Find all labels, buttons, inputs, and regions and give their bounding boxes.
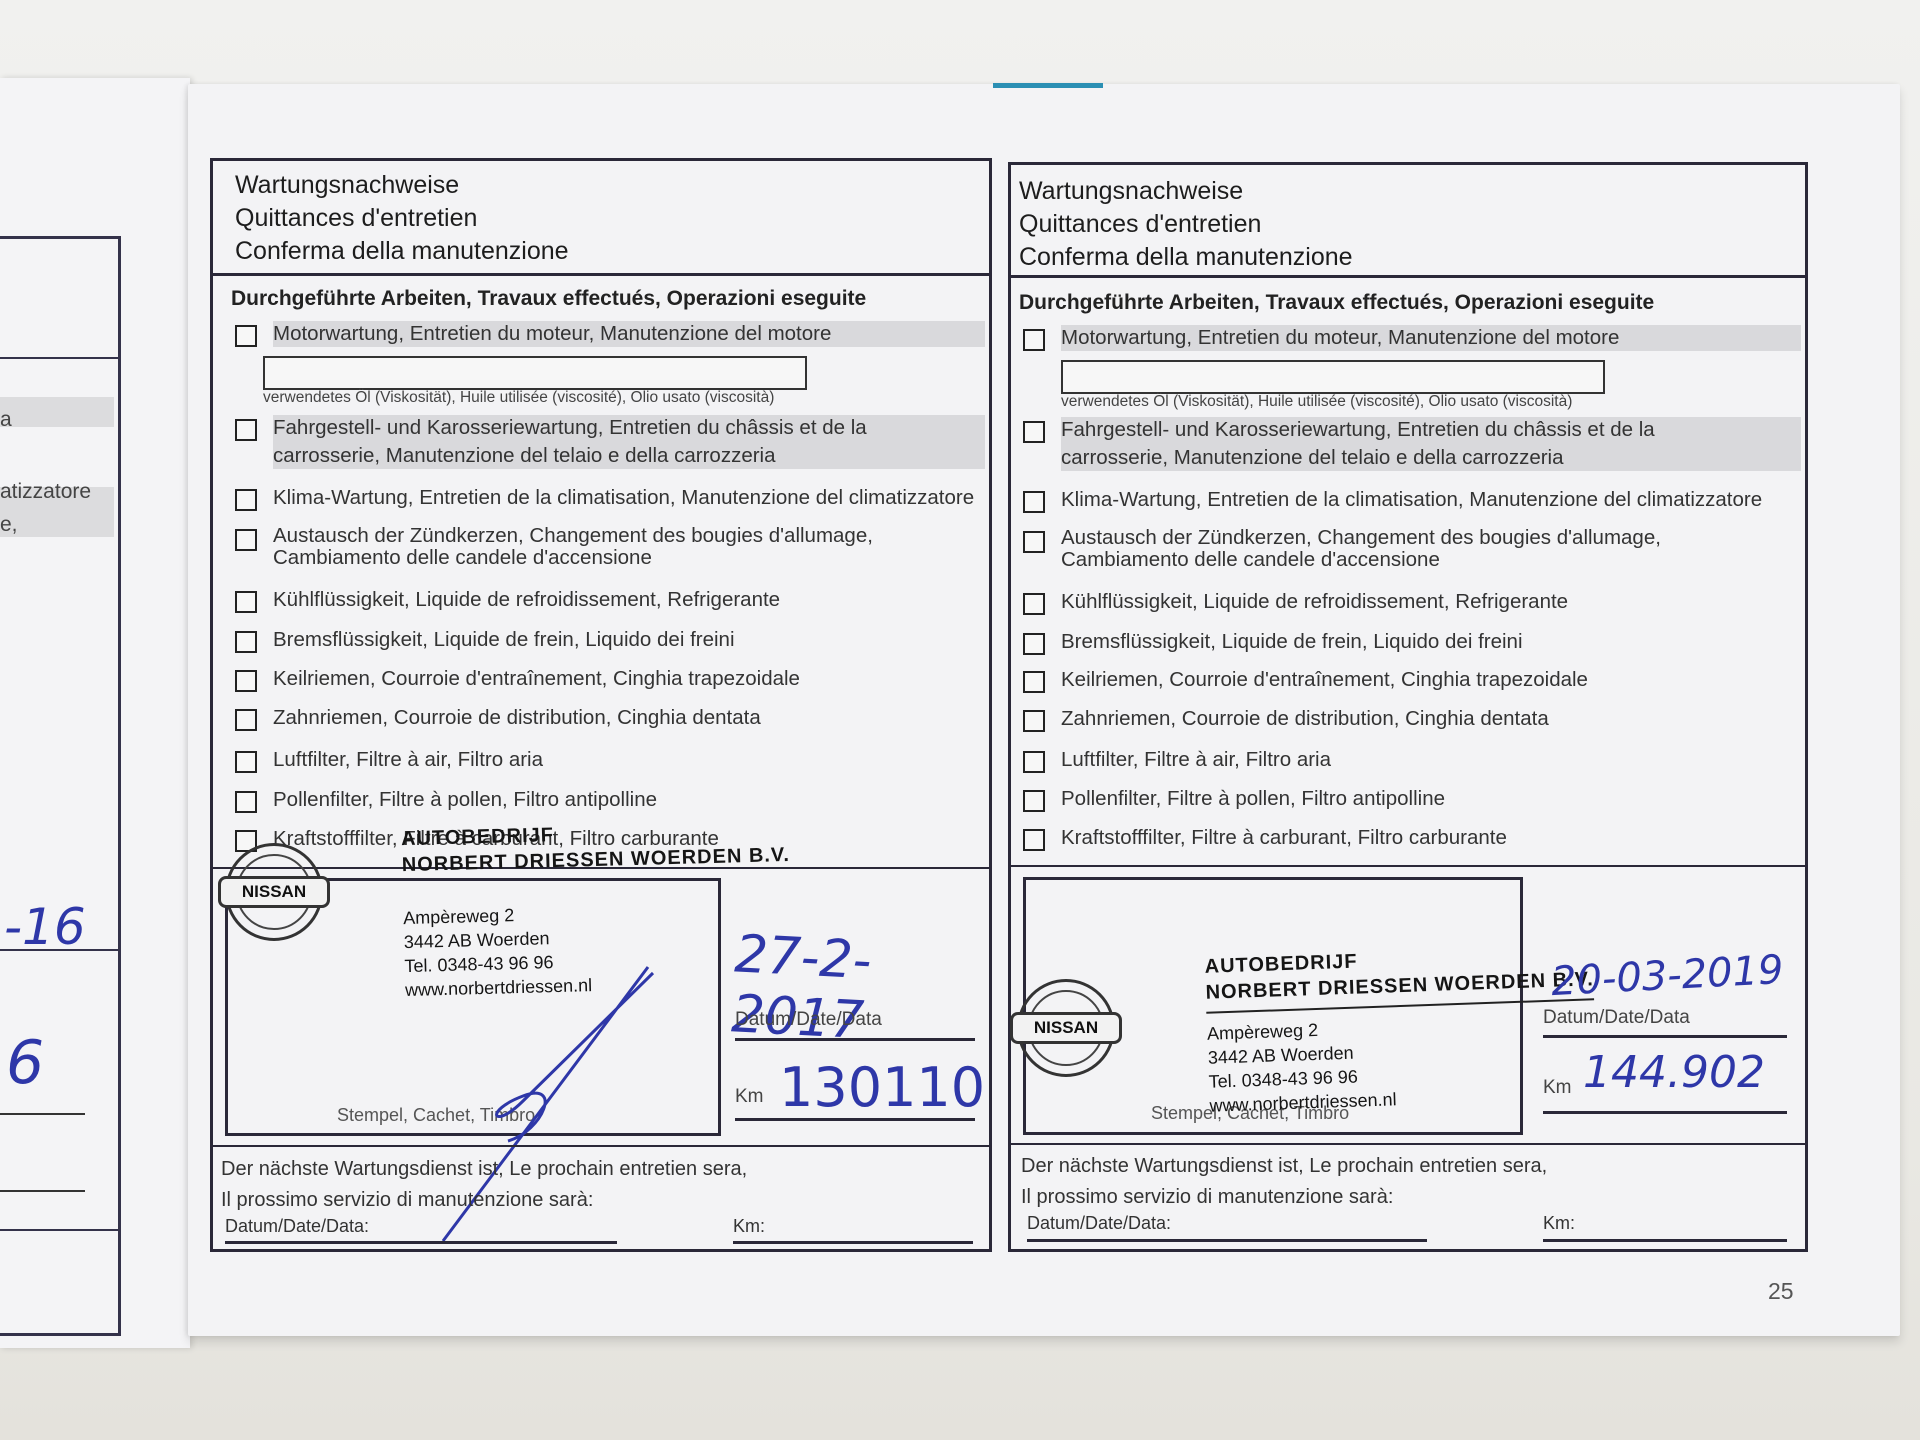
checkbox-item-timing-belt[interactable]: Zahnriemen, Courroie de distribution, Ci… (235, 705, 761, 731)
checkbox[interactable] (235, 325, 257, 347)
checkbox-label: Austausch der Zündkerzen, Changement des… (1061, 527, 1661, 549)
checkbox[interactable] (235, 670, 257, 692)
checkbox-item-brake-fluid[interactable]: Bremsflüssigkeit, Liquide de frein, Liqu… (235, 627, 735, 653)
checkbox-label: Kraftstofffilter, Filtre à carburant, Fi… (1061, 825, 1507, 851)
oil-viscosity-caption: verwendetes Öl (Viskosität), Huile utili… (1061, 393, 1572, 411)
checkbox-item-air-conditioning[interactable]: Klima-Wartung, Entretien de la climatisa… (1023, 487, 1762, 513)
form-title-line: Quittances d'entretien (1019, 208, 1353, 241)
section-heading: Durchgeführte Arbeiten, Travaux effectué… (231, 287, 866, 311)
bookmark-ribbon (993, 83, 1103, 88)
next-service-date-label: Datum/Date/Data: (1027, 1213, 1171, 1234)
left-page-form-fragment (0, 236, 121, 1336)
checkbox[interactable] (235, 591, 257, 613)
checkbox-label: Kühlflüssigkeit, Liquide de refroidissem… (273, 587, 780, 613)
checkbox[interactable] (1023, 751, 1045, 773)
nissan-logo-icon: NISSAN (1017, 979, 1115, 1077)
checkbox-item-pollen-filter[interactable]: Pollenfilter, Filtre à pollen, Filtro an… (1023, 786, 1445, 812)
checkbox-label: Pollenfilter, Filtre à pollen, Filtro an… (1061, 786, 1445, 812)
form-title-line: Conferma della manutenzione (235, 235, 569, 268)
checkbox-label: Klima-Wartung, Entretien de la climatisa… (1061, 487, 1762, 513)
checkbox-label: Klima-Wartung, Entretien de la climatisa… (273, 485, 974, 511)
page-number: 25 (1768, 1278, 1794, 1305)
checkbox-item-engine-service[interactable]: Motorwartung, Entretien du moteur, Manut… (235, 321, 985, 347)
checkbox[interactable] (235, 709, 257, 731)
form-title: Wartungsnachweise Quittances d'entretien… (213, 161, 989, 276)
checkbox-label: Kühlflüssigkeit, Liquide de refroidissem… (1061, 589, 1568, 615)
next-service-text: Der nächste Wartungsdienst ist, Le proch… (1021, 1151, 1547, 1181)
next-service-date-field[interactable] (225, 1241, 617, 1244)
checkbox-label: Keilriemen, Courroie d'entraînement, Cin… (1061, 667, 1588, 693)
next-service-text: Il prossimo servizio di manutenzione sar… (221, 1185, 593, 1215)
left-page-text-fragment: atizzatore (0, 480, 91, 504)
section-divider (1011, 1143, 1805, 1145)
checkbox-label: Zahnriemen, Courroie de distribution, Ci… (1061, 706, 1549, 732)
checkbox[interactable] (1023, 710, 1045, 732)
form-title-line: Wartungsnachweise (1019, 175, 1353, 208)
form-title-line: Conferma della manutenzione (1019, 241, 1353, 274)
checkbox-item-air-filter[interactable]: Luftfilter, Filtre à air, Filtro aria (235, 747, 543, 773)
checkbox-label: Austausch der Zündkerzen, Changement des… (273, 525, 873, 547)
checkbox-item-coolant[interactable]: Kühlflüssigkeit, Liquide de refroidissem… (235, 587, 780, 613)
service-date-label: Datum/Date/Data (1543, 1007, 1690, 1029)
next-service-date-label: Datum/Date/Data: (225, 1216, 369, 1237)
checkbox[interactable] (1023, 593, 1045, 615)
form-title-line: Wartungsnachweise (235, 169, 569, 202)
next-service-km-label: Km: (733, 1216, 765, 1237)
checkbox-label: Fahrgestell- und Karosseriewartung, Entr… (1061, 417, 1801, 443)
checkbox-label: Motorwartung, Entretien du moteur, Manut… (273, 321, 985, 347)
checkbox[interactable] (1023, 491, 1045, 513)
section-heading: Durchgeführte Arbeiten, Travaux effectué… (1019, 291, 1654, 315)
checkbox-label-line2: carrosserie, Manutenzione del telaio e d… (1061, 445, 1801, 471)
service-km-label: Km (1543, 1077, 1572, 1099)
dealer-stamp: AUTOBEDRIJF NORBERT DRIESSEN WOERDEN B.V… (1204, 940, 1598, 1117)
next-service-km-field[interactable] (1543, 1239, 1787, 1242)
checkbox-item-spark-plugs[interactable]: Austausch der Zündkerzen, Changement des… (235, 525, 873, 569)
checkbox-label-line2: Cambiamento delle candele d'accensione (273, 547, 873, 569)
checkbox[interactable] (235, 489, 257, 511)
checkbox-label: Bremsflüssigkeit, Liquide de frein, Liqu… (273, 627, 735, 653)
checkbox[interactable] (1023, 790, 1045, 812)
service-km-value[interactable]: 130110 (779, 1056, 985, 1119)
checkbox-item-timing-belt[interactable]: Zahnriemen, Courroie de distribution, Ci… (1023, 706, 1549, 732)
next-service-date-field[interactable] (1027, 1239, 1427, 1242)
checkbox-label: Pollenfilter, Filtre à pollen, Filtro an… (273, 787, 657, 813)
left-page-text-fragment: e, (0, 513, 18, 537)
checkbox[interactable] (235, 529, 257, 551)
next-service-km-field[interactable] (733, 1241, 973, 1244)
checkbox[interactable] (235, 631, 257, 653)
left-page-handwriting: -16 (4, 898, 86, 956)
checkbox-item-air-conditioning[interactable]: Klima-Wartung, Entretien de la climatisa… (235, 485, 974, 511)
checkbox-item-chassis-body-service[interactable]: Fahrgestell- und Karosseriewartung, Entr… (1023, 417, 1801, 471)
checkbox[interactable] (1023, 829, 1045, 851)
checkbox[interactable] (1023, 329, 1045, 351)
checkbox-label: Bremsflüssigkeit, Liquide de frein, Liqu… (1061, 629, 1523, 655)
checkbox-item-coolant[interactable]: Kühlflüssigkeit, Liquide de refroidissem… (1023, 589, 1568, 615)
left-page-line (0, 1113, 85, 1115)
section-divider (213, 1145, 989, 1147)
service-km-line (1543, 1111, 1787, 1114)
checkbox-item-drive-belt[interactable]: Keilriemen, Courroie d'entraînement, Cin… (235, 666, 800, 692)
checkbox-label-line2: Cambiamento delle candele d'accensione (1061, 549, 1661, 571)
checkbox-label: Zahnriemen, Courroie de distribution, Ci… (273, 705, 761, 731)
checkbox-item-chassis-body-service[interactable]: Fahrgestell- und Karosseriewartung, Entr… (235, 415, 985, 469)
checkbox-label-line2: carrosserie, Manutenzione del telaio e d… (273, 443, 985, 469)
form-title-line: Quittances d'entretien (235, 202, 569, 235)
service-km-value[interactable]: 144.902 (1583, 1047, 1765, 1098)
maintenance-record-form: Wartungsnachweise Quittances d'entretien… (210, 158, 992, 1252)
checkbox-item-pollen-filter[interactable]: Pollenfilter, Filtre à pollen, Filtro an… (235, 787, 657, 813)
checkbox-item-air-filter[interactable]: Luftfilter, Filtre à air, Filtro aria (1023, 747, 1331, 773)
checkbox-item-brake-fluid[interactable]: Bremsflüssigkeit, Liquide de frein, Liqu… (1023, 629, 1523, 655)
checkbox[interactable] (1023, 671, 1045, 693)
checkbox-label: Luftfilter, Filtre à air, Filtro aria (273, 747, 543, 773)
checkbox-label: Motorwartung, Entretien du moteur, Manut… (1061, 325, 1801, 351)
left-page: a atizzatore e, -16 6 (0, 78, 190, 1348)
oil-viscosity-input[interactable] (1061, 360, 1605, 394)
checkbox[interactable] (1023, 531, 1045, 553)
next-service-km-label: Km: (1543, 1213, 1575, 1234)
next-service-text: Il prossimo servizio di manutenzione sar… (1021, 1182, 1393, 1212)
checkbox-item-engine-service[interactable]: Motorwartung, Entretien du moteur, Manut… (1023, 325, 1801, 351)
left-page-line (0, 1190, 85, 1192)
left-page-handwriting: 6 (6, 1028, 44, 1098)
checkbox-item-drive-belt[interactable]: Keilriemen, Courroie d'entraînement, Cin… (1023, 667, 1588, 693)
oil-viscosity-caption: verwendetes Öl (Viskosität), Huile utili… (263, 389, 774, 407)
maintenance-record-form: Wartungsnachweise Quittances d'entretien… (1008, 162, 1808, 1252)
checkbox-label: Keilriemen, Courroie d'entraînement, Cin… (273, 666, 800, 692)
checkbox[interactable] (1023, 633, 1045, 655)
section-divider (1011, 865, 1805, 867)
checkbox[interactable] (1023, 421, 1045, 443)
form-title: Wartungsnachweise Quittances d'entretien… (1011, 165, 1805, 278)
service-date-line (1543, 1035, 1787, 1038)
checkbox[interactable] (235, 419, 257, 441)
next-service-text: Der nächste Wartungsdienst ist, Le proch… (221, 1154, 747, 1184)
checkbox[interactable] (235, 751, 257, 773)
checkbox-label: Luftfilter, Filtre à air, Filtro aria (1061, 747, 1331, 773)
left-page-text-fragment: a (0, 408, 12, 432)
checkbox[interactable] (235, 791, 257, 813)
oil-viscosity-input[interactable] (263, 356, 807, 390)
checkbox-item-fuel-filter[interactable]: Kraftstofffilter, Filtre à carburant, Fi… (1023, 825, 1507, 851)
nissan-logo-icon: NISSAN (225, 843, 323, 941)
checkbox-label: Fahrgestell- und Karosseriewartung, Entr… (273, 415, 985, 441)
checkbox-item-spark-plugs[interactable]: Austausch der Zündkerzen, Changement des… (1023, 527, 1661, 571)
